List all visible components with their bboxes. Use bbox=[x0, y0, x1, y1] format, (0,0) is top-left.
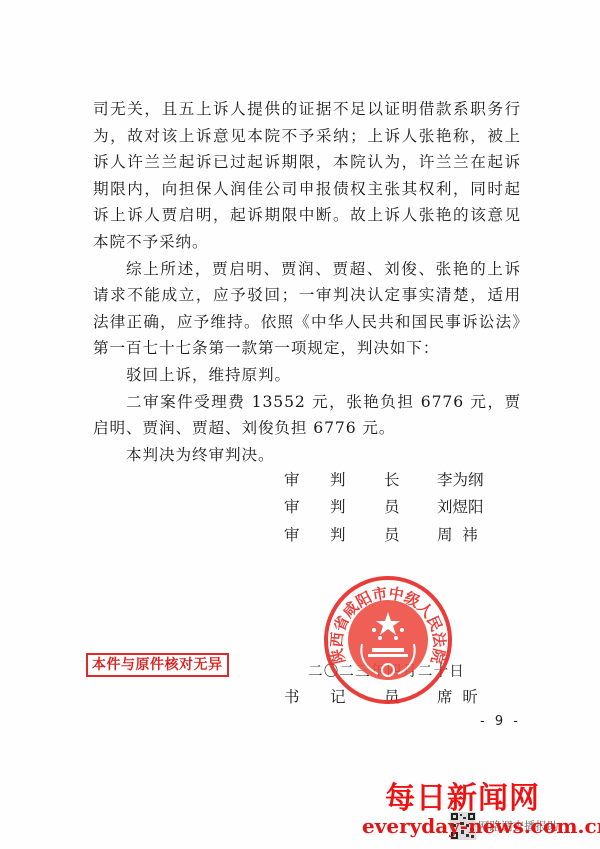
role-char: 审 bbox=[284, 495, 300, 519]
judge-name: 李为纲 bbox=[437, 468, 484, 492]
role-char: 审 bbox=[284, 468, 300, 492]
role-char: 员 bbox=[384, 523, 400, 547]
paragraph-reasoning: 司无关，且五上诉人提供的证据不足以证明借款系职务行为，故对该上诉意见本院不予采纳… bbox=[93, 96, 521, 256]
role-char: 判 bbox=[330, 495, 346, 519]
court-seal-icon: 陕西省咸阳市中级人民法院 bbox=[322, 574, 454, 706]
role-char: 判 bbox=[330, 468, 346, 492]
paragraph-final: 本判决为终审判决。 bbox=[93, 442, 521, 469]
signature-judge-2: 审 判 员 周 祎 bbox=[284, 523, 524, 547]
role-char: 长 bbox=[384, 468, 400, 492]
judge-name: 周 祎 bbox=[437, 523, 478, 547]
paragraph-conclusion: 综上所述，贾启明、贾润、贾超、刘俊、张艳的上诉请求不能成立，应予驳回；一审判决认… bbox=[93, 256, 521, 362]
document-page: 司无关，且五上诉人提供的证据不足以证明借款系职务行为，故对该上诉意见本院不予采纳… bbox=[0, 0, 600, 849]
page-number: - 9 - bbox=[480, 714, 521, 729]
paragraph-ruling: 驳回上诉，维持原判。 bbox=[93, 362, 521, 389]
watermark-logo: 每日新闻网 bbox=[385, 773, 540, 817]
judge-name: 刘煜阳 bbox=[437, 495, 484, 519]
signature-judge-1: 审 判 员 刘煜阳 bbox=[284, 495, 524, 519]
role-char: 判 bbox=[330, 523, 346, 547]
role-char: 书 bbox=[284, 685, 300, 709]
watermark-url: everyday-news.com.cn bbox=[362, 814, 600, 838]
signature-presiding-judge: 审 判 长 李为纲 bbox=[284, 468, 524, 492]
role-char: 审 bbox=[284, 523, 300, 547]
role-char: 员 bbox=[384, 495, 400, 519]
paragraph-fees: 二审案件受理费 13552 元，张艳负担 6776 元，贾启明、贾润、贾超、刘俊… bbox=[93, 389, 521, 442]
judgment-body: 司无关，且五上诉人提供的证据不足以证明借款系职务行为，故对该上诉意见本院不予采纳… bbox=[93, 96, 521, 468]
copy-verified-stamp: 本件与原件核对无异 bbox=[86, 653, 229, 677]
